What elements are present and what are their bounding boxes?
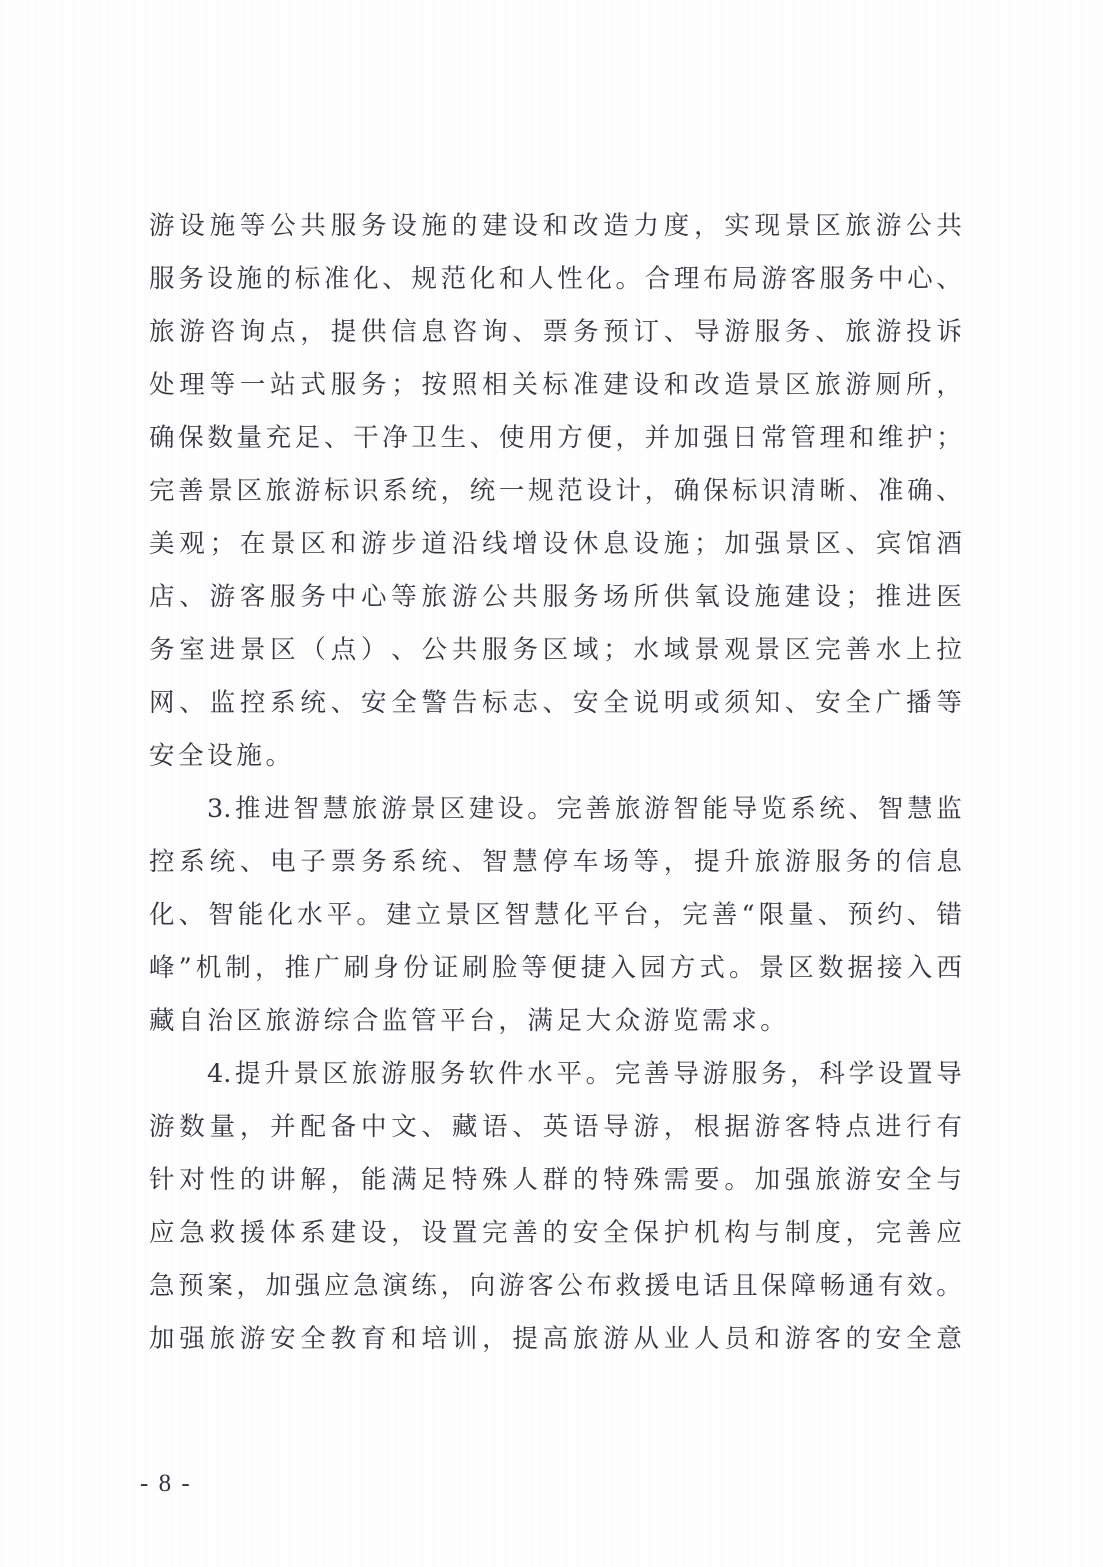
paragraph-p4-service-software: 4.提升景区旅游服务软件水平。完善导游服务，科学设置导游数量，并配备中文、藏语、…: [149, 1048, 962, 1366]
text-line: 游设施等公共服务设施的建设和改造力度，实现景区旅游公共: [149, 200, 962, 253]
text-line: 店、游客服务中心等旅游公共服务场所供氧设施建设；推进医: [149, 571, 962, 624]
text-line: 加强旅游安全教育和培训，提高旅游从业人员和游客的安全意: [149, 1313, 962, 1366]
text-line: 美观；在景区和游步道沿线增设休息设施；加强景区、宾馆酒: [149, 518, 962, 571]
text-line: 处理等一站式服务；按照相关标准建设和改造景区旅游厕所，: [149, 359, 962, 412]
text-line: 4.提升景区旅游服务软件水平。完善导游服务，科学设置导: [149, 1048, 962, 1101]
text-line: 服务设施的标准化、规范化和人性化。合理布局游客服务中心、: [149, 253, 962, 306]
text-line: 化、智能化水平。建立景区智慧化平台，完善“限量、预约、错: [149, 889, 962, 942]
paragraph-p3-smart-tourism: 3.推进智慧旅游景区建设。完善旅游智能导览系统、智慧监控系统、电子票务系统、智慧…: [149, 783, 962, 1048]
text-line: 游数量，并配备中文、藏语、英语导游，根据游客特点进行有: [149, 1101, 962, 1154]
document-body: 游设施等公共服务设施的建设和改造力度，实现景区旅游公共服务设施的标准化、规范化和…: [149, 200, 962, 1366]
text-line: 针对性的讲解，能满足特殊人群的特殊需要。加强旅游安全与: [149, 1154, 962, 1207]
paragraph-p1-continuation: 游设施等公共服务设施的建设和改造力度，实现景区旅游公共服务设施的标准化、规范化和…: [149, 200, 962, 783]
document-page: 游设施等公共服务设施的建设和改造力度，实现景区旅游公共服务设施的标准化、规范化和…: [0, 0, 1103, 1567]
text-line: 旅游咨询点，提供信息咨询、票务预订、导游服务、旅游投诉: [149, 306, 962, 359]
text-line: 网、监控系统、安全警告标志、安全说明或须知、安全广播等: [149, 677, 962, 730]
text-line: 控系统、电子票务系统、智慧停车场等，提升旅游服务的信息: [149, 836, 962, 889]
text-line: 确保数量充足、干净卫生、使用方便，并加强日常管理和维护；: [149, 412, 962, 465]
text-line: 应急救援体系建设，设置完善的安全保护机构与制度，完善应: [149, 1207, 962, 1260]
text-line: 藏自治区旅游综合监管平台，满足大众游览需求。: [149, 995, 962, 1048]
text-line: 急预案，加强应急演练，向游客公布救援电话且保障畅通有效。: [149, 1260, 962, 1313]
text-line: 完善景区旅游标识系统，统一规范设计，确保标识清晰、准确、: [149, 465, 962, 518]
text-line: 3.推进智慧旅游景区建设。完善旅游智能导览系统、智慧监: [149, 783, 962, 836]
text-line: 安全设施。: [149, 730, 962, 783]
page-number: - 8 -: [140, 1470, 192, 1498]
text-line: 务室进景区（点）、公共服务区域；水域景观景区完善水上拉: [149, 624, 962, 677]
text-line: 峰”机制，推广刷身份证刷脸等便捷入园方式。景区数据接入西: [149, 942, 962, 995]
